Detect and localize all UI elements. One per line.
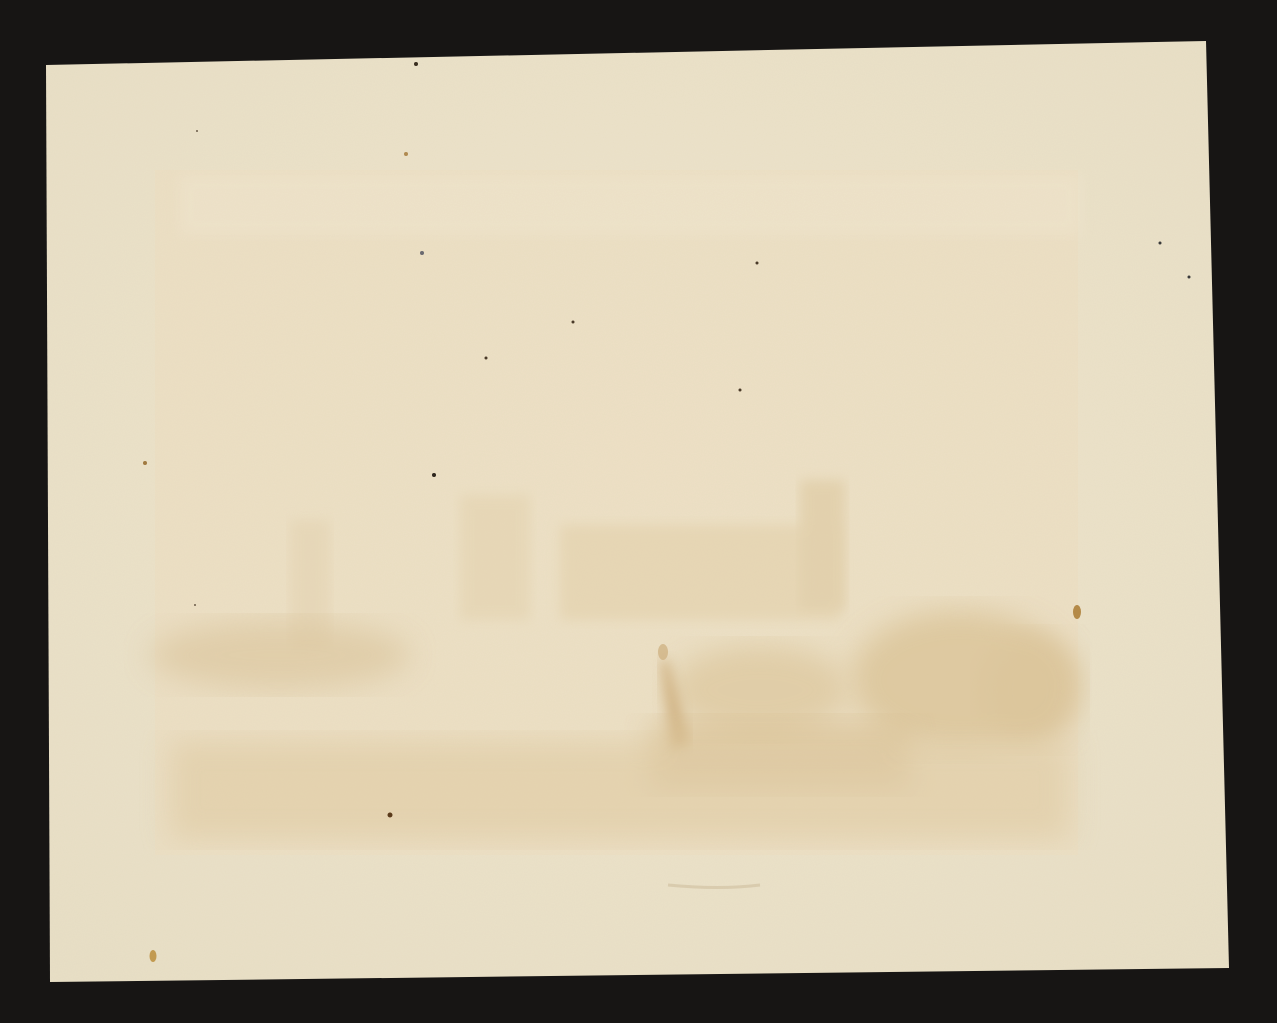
photo-stage (0, 0, 1277, 1023)
antique-print-image (0, 0, 1277, 1023)
